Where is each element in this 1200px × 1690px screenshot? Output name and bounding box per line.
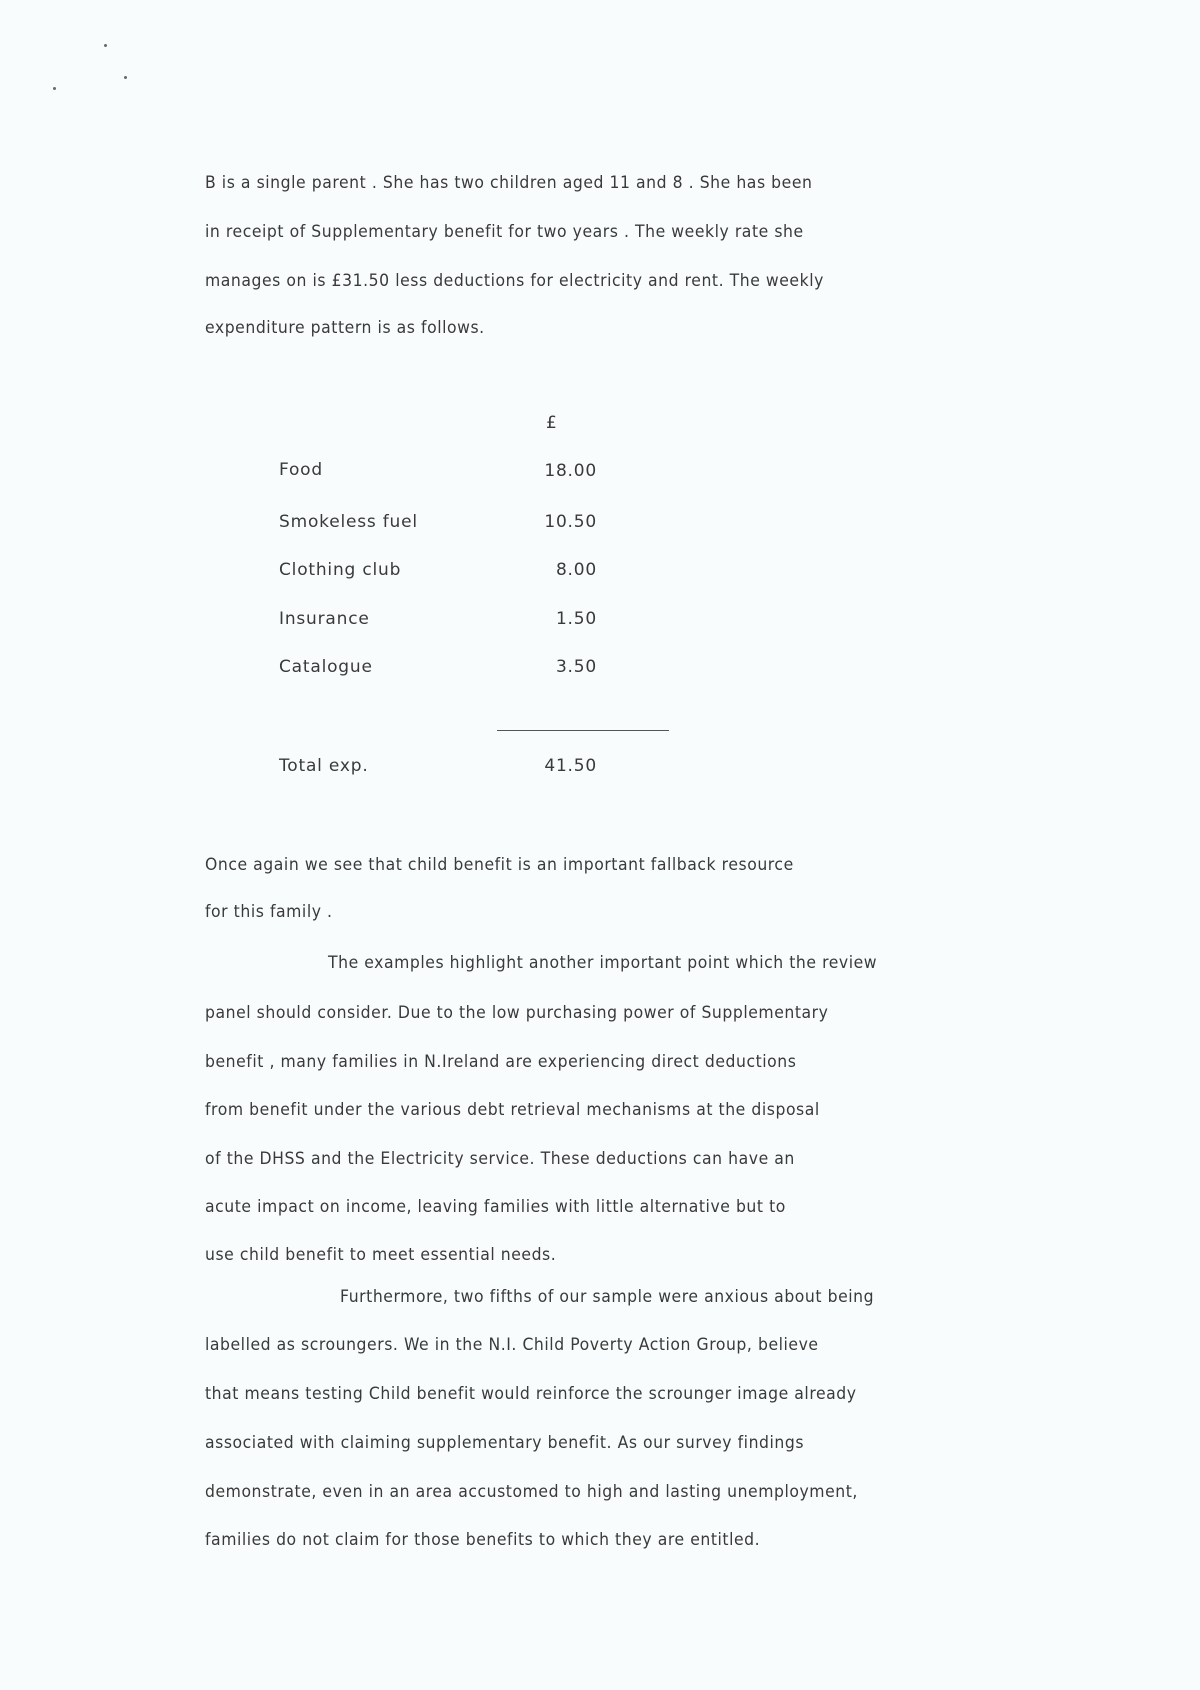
text-line: for this family . bbox=[205, 902, 333, 922]
text-line: The examples highlight another important… bbox=[328, 953, 877, 973]
text-line: in receipt of Supplementary benefit for … bbox=[205, 222, 804, 242]
scan-speck bbox=[104, 44, 107, 47]
text-line: that means testing Child benefit would r… bbox=[205, 1384, 857, 1404]
text-line: labelled as scroungers. We in the N.I. C… bbox=[205, 1335, 819, 1355]
scan-speck bbox=[53, 87, 56, 90]
expense-label: Clothing club bbox=[279, 560, 401, 580]
text-line: associated with claiming supplementary b… bbox=[205, 1433, 804, 1453]
text-line: Furthermore, two fifths of our sample we… bbox=[340, 1287, 874, 1307]
text-line: acute impact on income, leaving families… bbox=[205, 1197, 786, 1217]
text-line: of the DHSS and the Electricity service.… bbox=[205, 1149, 795, 1169]
text-line: benefit , many families in N.Ireland are… bbox=[205, 1052, 796, 1072]
text-line: B is a single parent . She has two child… bbox=[205, 173, 812, 193]
text-line: from benefit under the various debt retr… bbox=[205, 1100, 820, 1120]
expense-label: Catalogue bbox=[279, 657, 373, 677]
text-line: families do not claim for those benefits… bbox=[205, 1530, 760, 1550]
currency-header: £ bbox=[546, 413, 557, 433]
text-line: demonstrate, even in an area accustomed … bbox=[205, 1482, 858, 1502]
expense-value: 1.50 bbox=[497, 609, 597, 629]
expense-label: Insurance bbox=[279, 609, 370, 629]
total-value: 41.50 bbox=[497, 756, 597, 776]
text-line: panel should consider. Due to the low pu… bbox=[205, 1003, 828, 1023]
text-line: manages on is £31.50 less deductions for… bbox=[205, 271, 824, 291]
text-line: use child benefit to meet essential need… bbox=[205, 1245, 556, 1265]
expense-value: 18.00 bbox=[497, 461, 597, 481]
total-label: Total exp. bbox=[279, 756, 369, 776]
expense-value: 10.50 bbox=[497, 512, 597, 532]
expense-value: 3.50 bbox=[497, 657, 597, 677]
expense-value: 8.00 bbox=[497, 560, 597, 580]
text-line: expenditure pattern is as follows. bbox=[205, 318, 485, 338]
expense-label: Food bbox=[279, 460, 323, 480]
text-line: Once again we see that child benefit is … bbox=[205, 855, 794, 875]
total-rule bbox=[497, 730, 669, 731]
expense-label: Smokeless fuel bbox=[279, 512, 418, 532]
scan-speck bbox=[124, 76, 127, 79]
